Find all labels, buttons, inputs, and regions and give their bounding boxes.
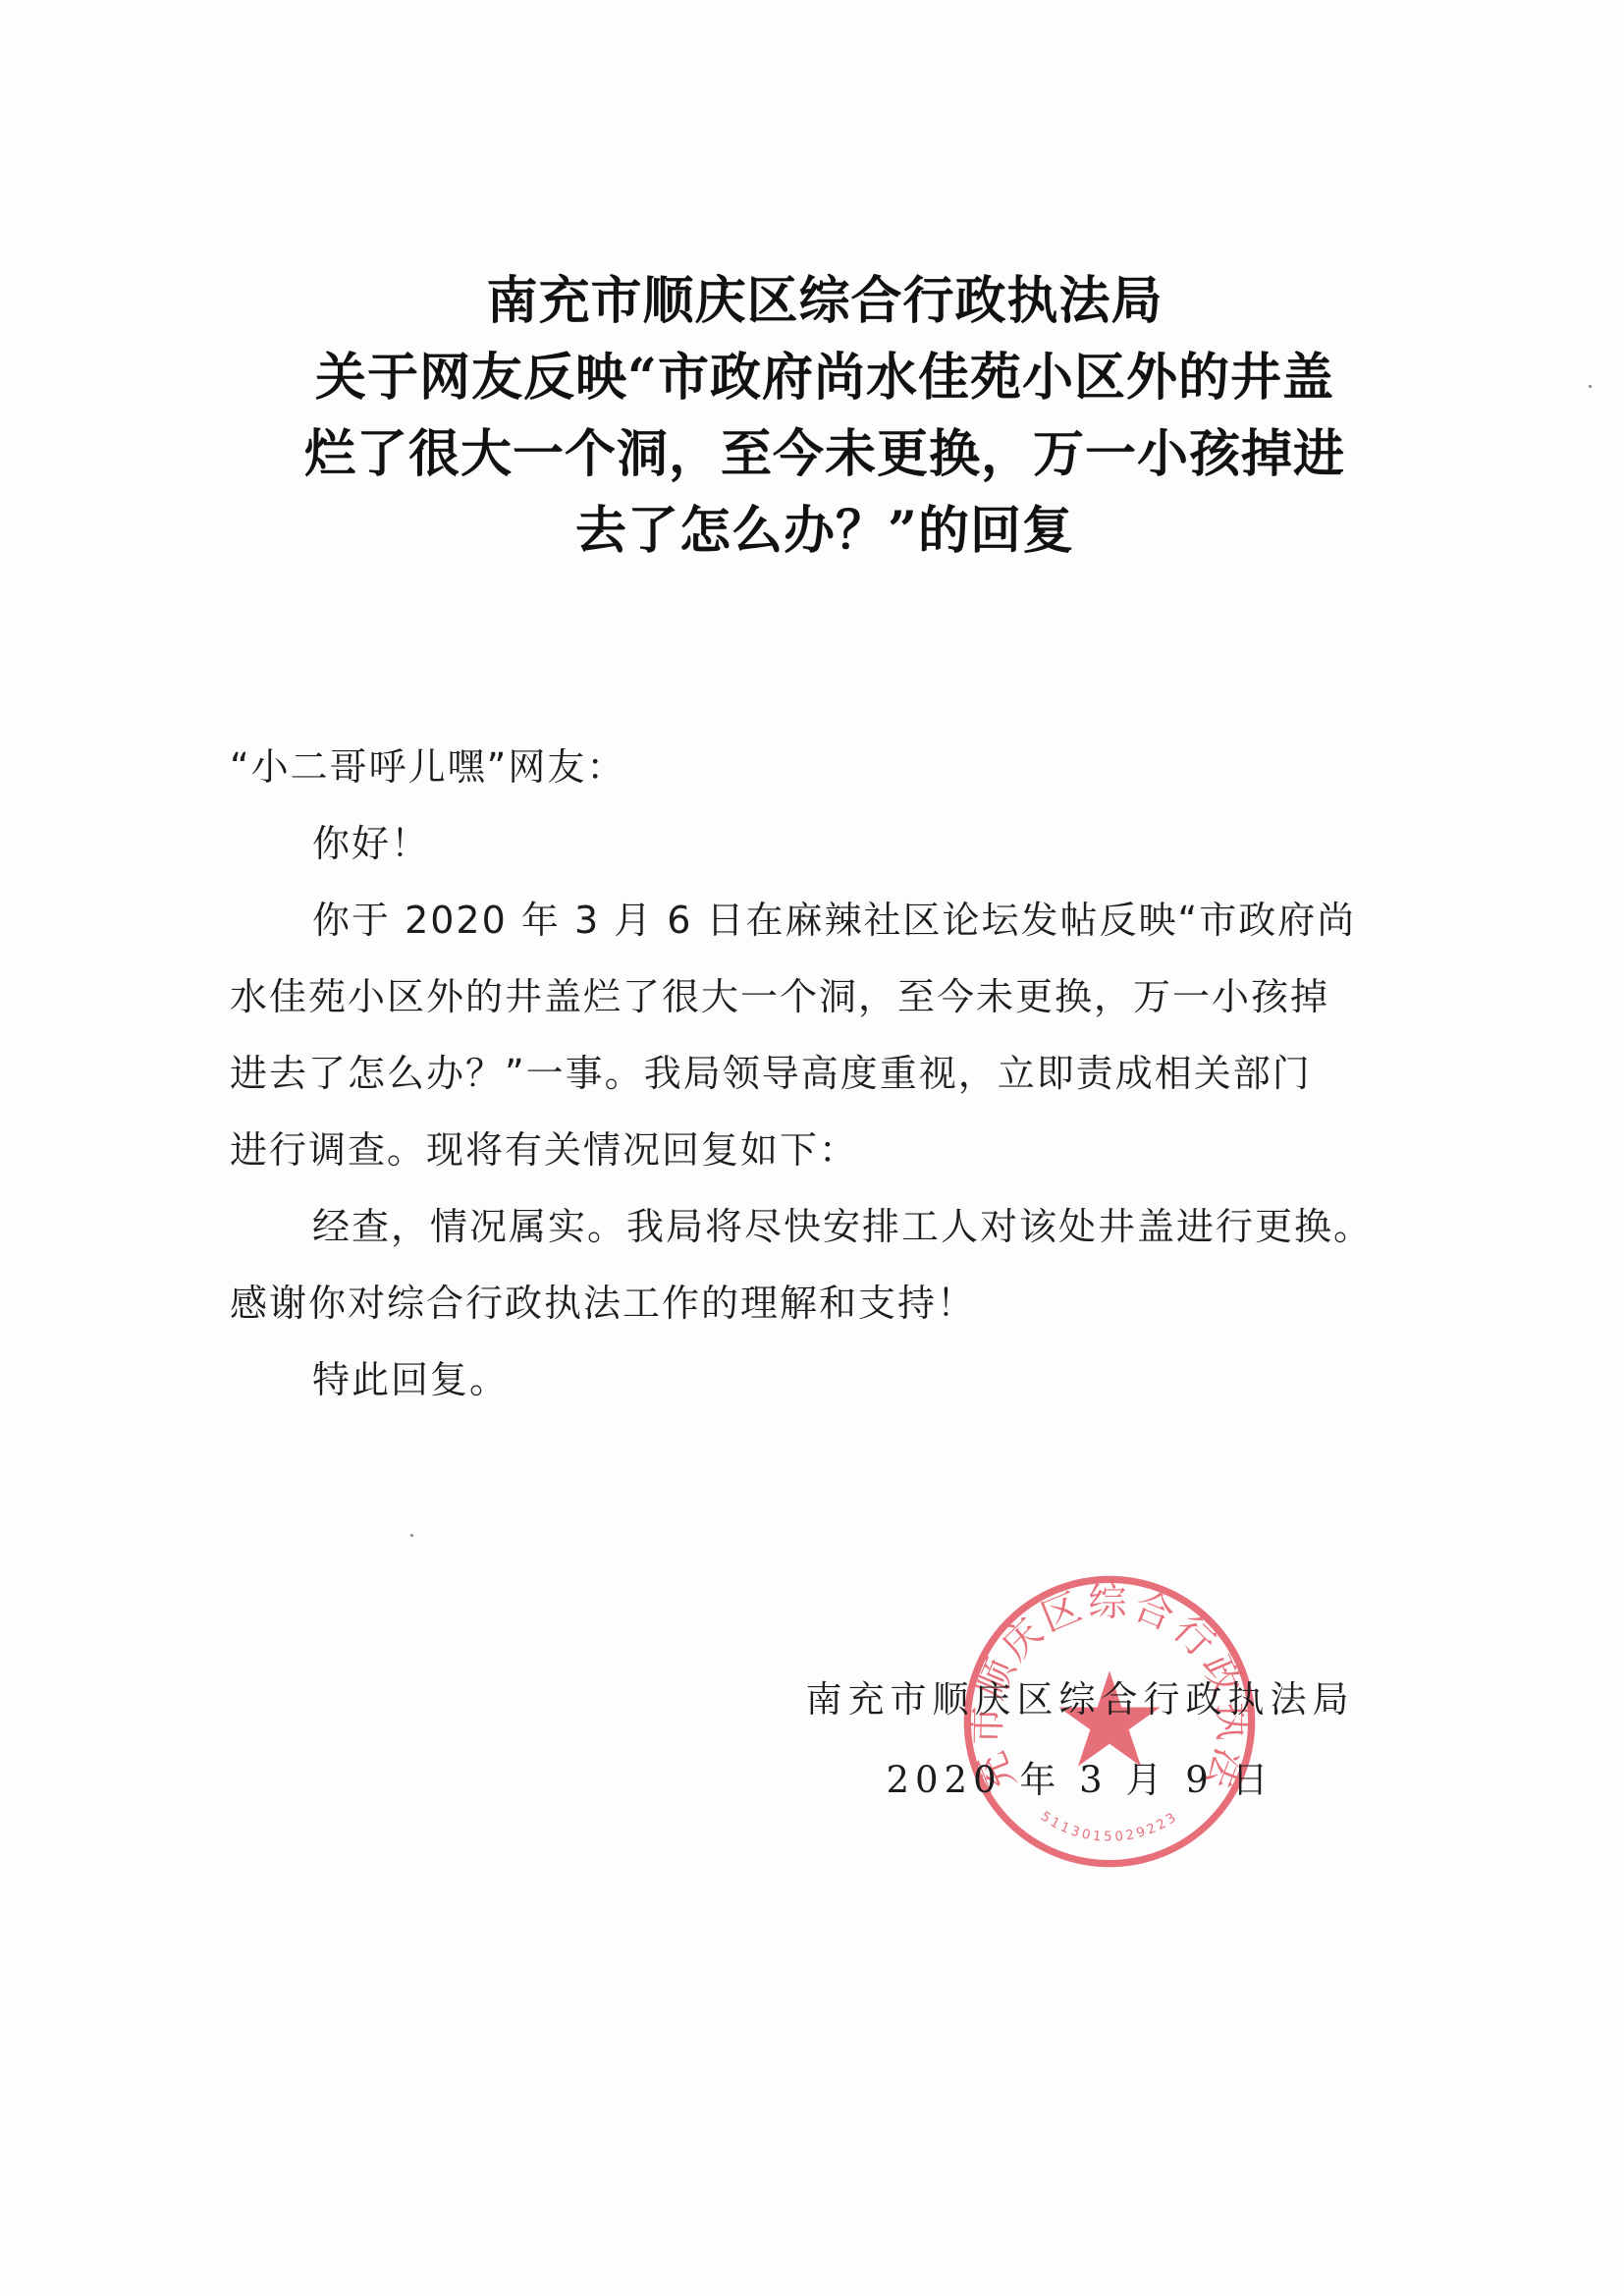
paragraph-line: 进行调查。现将有关情况回复如下： [230, 1112, 1437, 1188]
greeting: 你好！ [230, 805, 1437, 882]
document-page: 南充市顺庆区综合行政执法局 关于网友反映“市政府尚水佳苑小区外的井盖 烂了很大一… [0, 0, 1624, 2296]
salutation: “小二哥呼儿嘿”网友： [230, 729, 1437, 805]
scan-speck [410, 1534, 413, 1537]
paragraph-line: 水佳苑小区外的井盖烂了很大一个洞，至今未更换，万一小孩掉 [230, 958, 1437, 1035]
signing-date: 2020 年 3 月 9 日 [785, 1740, 1375, 1821]
signing-organization: 南充市顺庆区综合行政执法局 [785, 1660, 1375, 1740]
scan-speck [1589, 385, 1592, 388]
paragraph-1: 你于 2020 年 3 月 6 日在麻辣社区论坛发帖反映“市政府尚 水佳苑小区外… [230, 882, 1437, 1188]
title-line: 关于网友反映“市政府尚水佳苑小区外的井盖 [187, 340, 1463, 416]
paragraph-2: 经查，情况属实。我局将尽快安排工人对该处井盖进行更换。 感谢你对综合行政执法工作… [230, 1188, 1437, 1341]
paragraph-line: 感谢你对综合行政执法工作的理解和支持！ [230, 1265, 1437, 1341]
title-line: 烂了很大一个洞，至今未更换，万一小孩掉进 [187, 416, 1463, 493]
title-line: 去了怎么办？”的回复 [187, 493, 1463, 570]
letter-body: “小二哥呼儿嘿”网友： 你好！ 你于 2020 年 3 月 6 日在麻辣社区论坛… [230, 729, 1437, 1418]
paragraph-line: 进去了怎么办？”一事。我局领导高度重视，立即责成相关部门 [230, 1035, 1437, 1112]
signature-block: 南充市顺庆区综合行政执法局 2020 年 3 月 9 日 [785, 1660, 1375, 1821]
paragraph-line: 你于 2020 年 3 月 6 日在麻辣社区论坛发帖反映“市政府尚 [230, 882, 1437, 958]
title-line: 南充市顺庆区综合行政执法局 [187, 263, 1463, 340]
document-title: 南充市顺庆区综合行政执法局 关于网友反映“市政府尚水佳苑小区外的井盖 烂了很大一… [187, 263, 1463, 570]
closing: 特此回复。 [230, 1341, 1437, 1418]
paragraph-line: 经查，情况属实。我局将尽快安排工人对该处井盖进行更换。 [230, 1188, 1437, 1265]
